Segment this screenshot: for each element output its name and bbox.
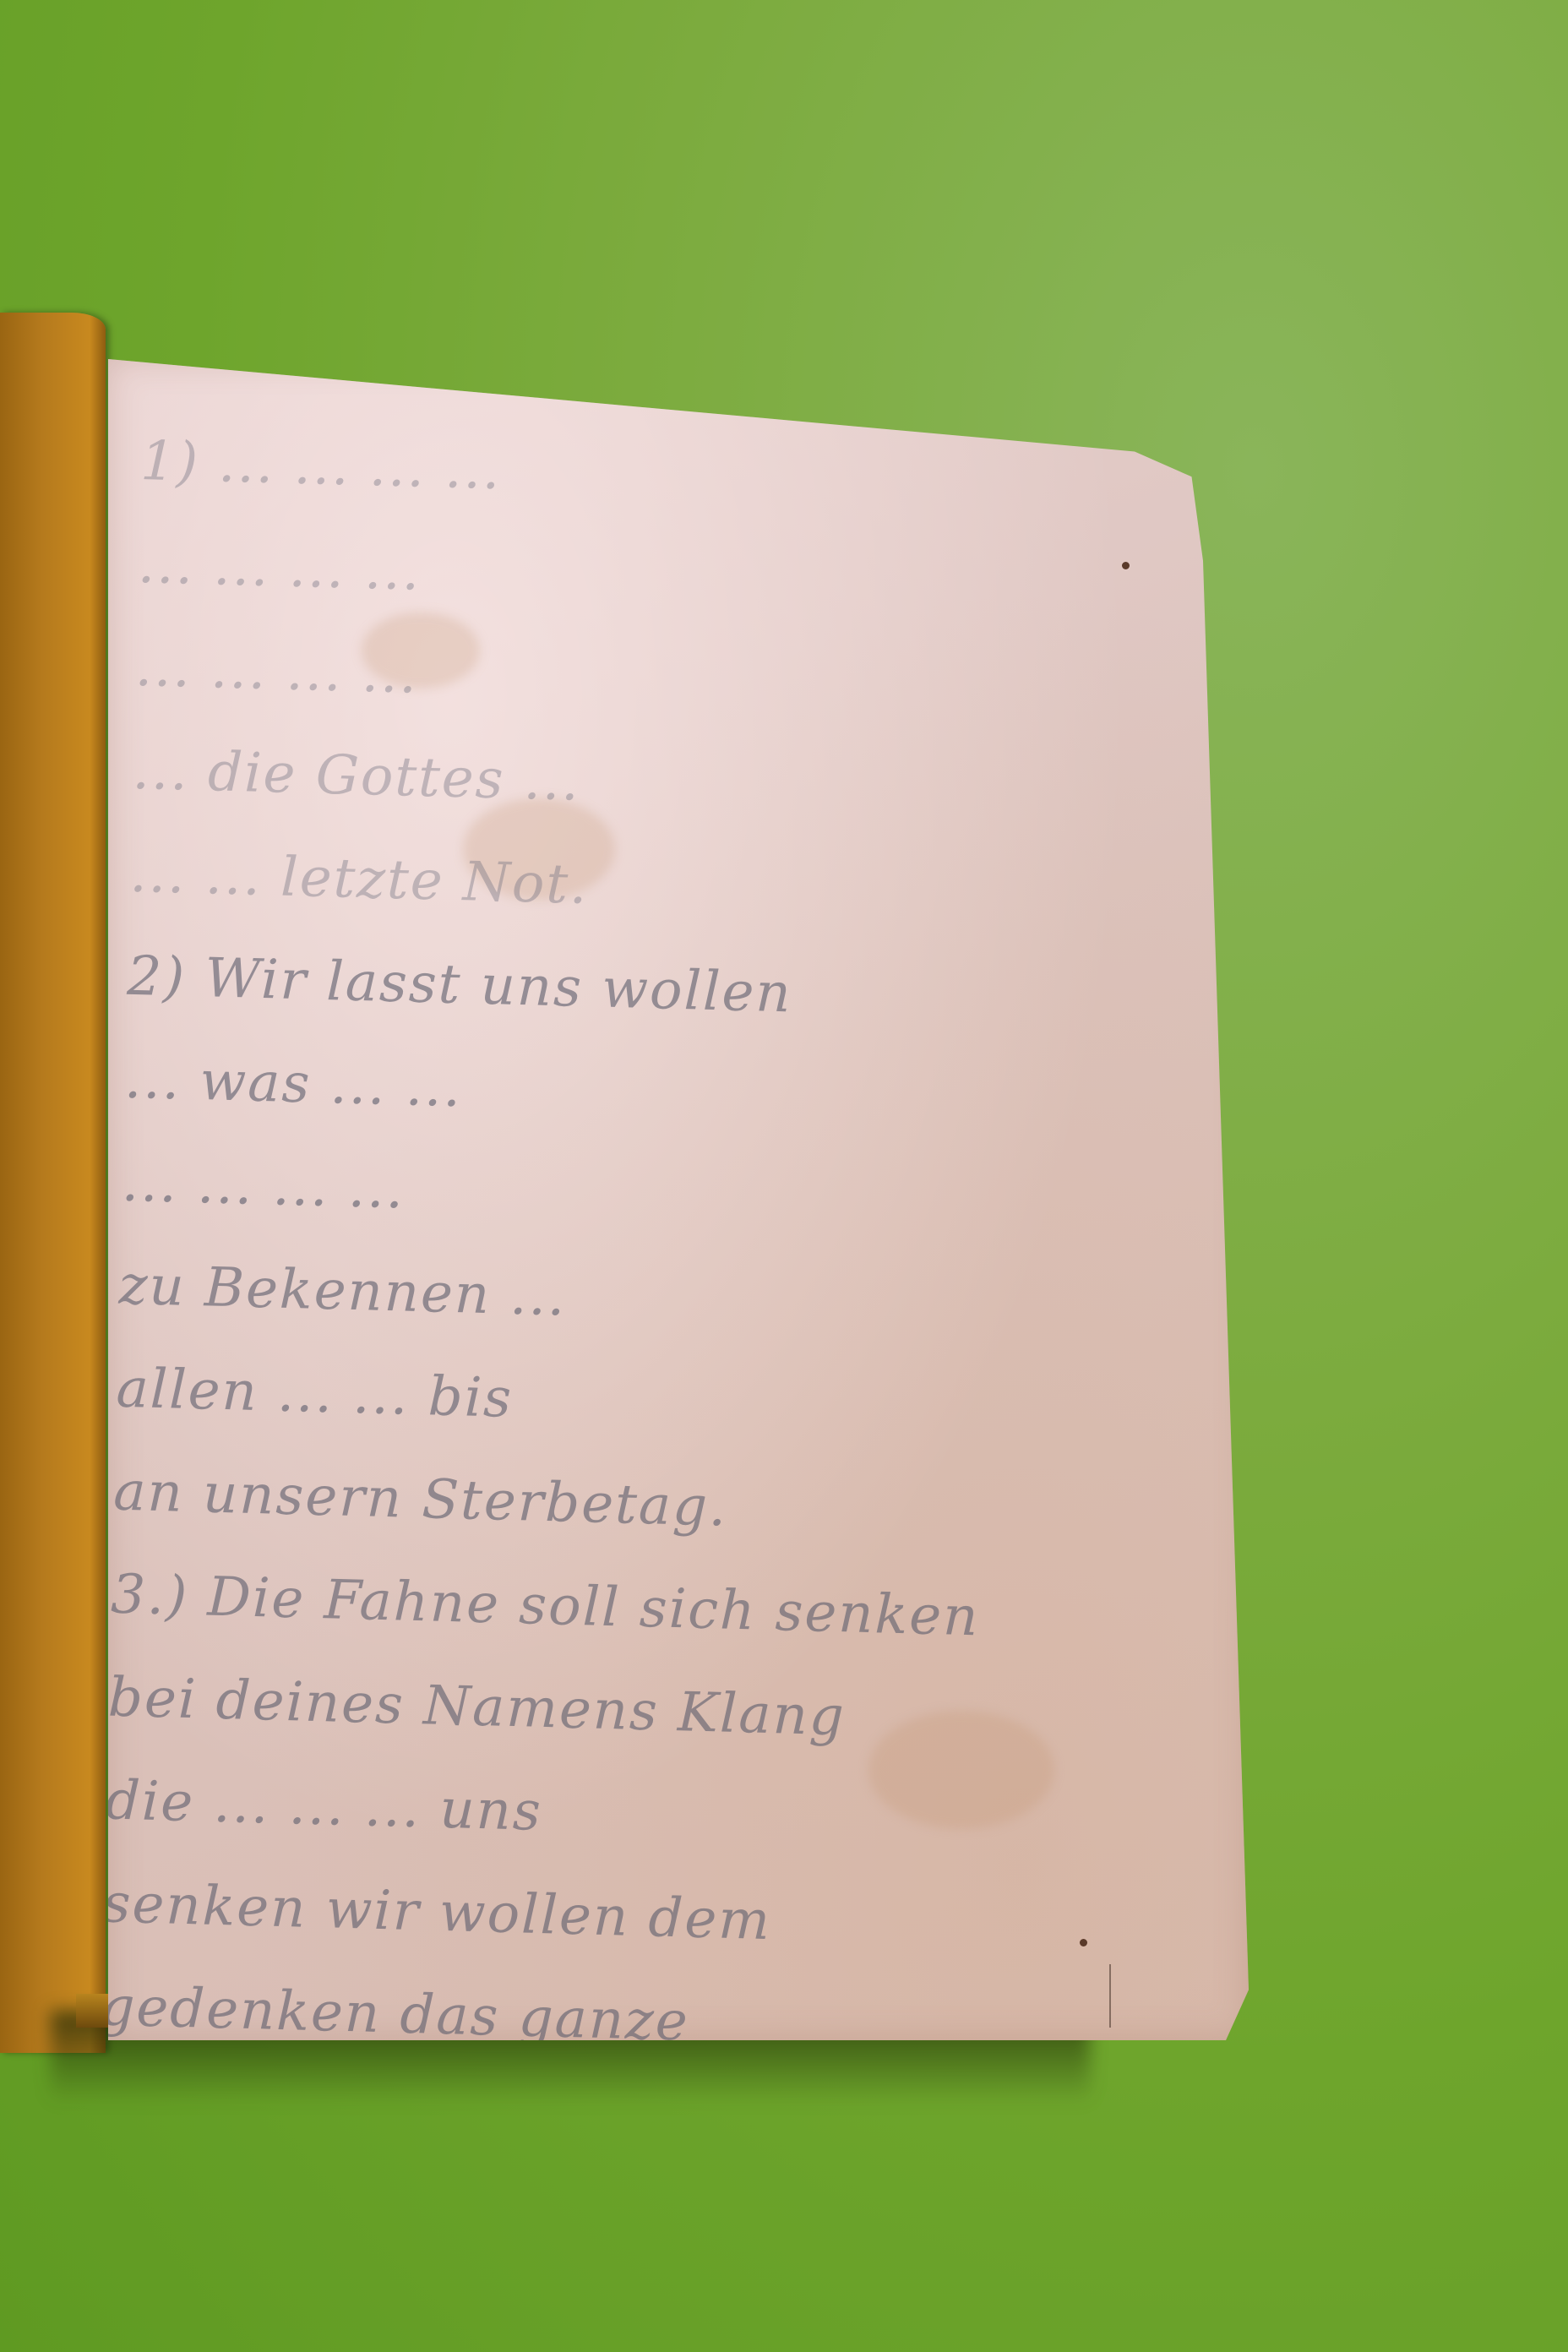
- notebook-page: 1) ... ... ... ... ... ... ... ... ... .…: [108, 359, 1249, 2040]
- book-cover-left: [0, 313, 106, 2053]
- handwritten-text: 1) ... ... ... ... ... ... ... ... ... .…: [96, 410, 1198, 2189]
